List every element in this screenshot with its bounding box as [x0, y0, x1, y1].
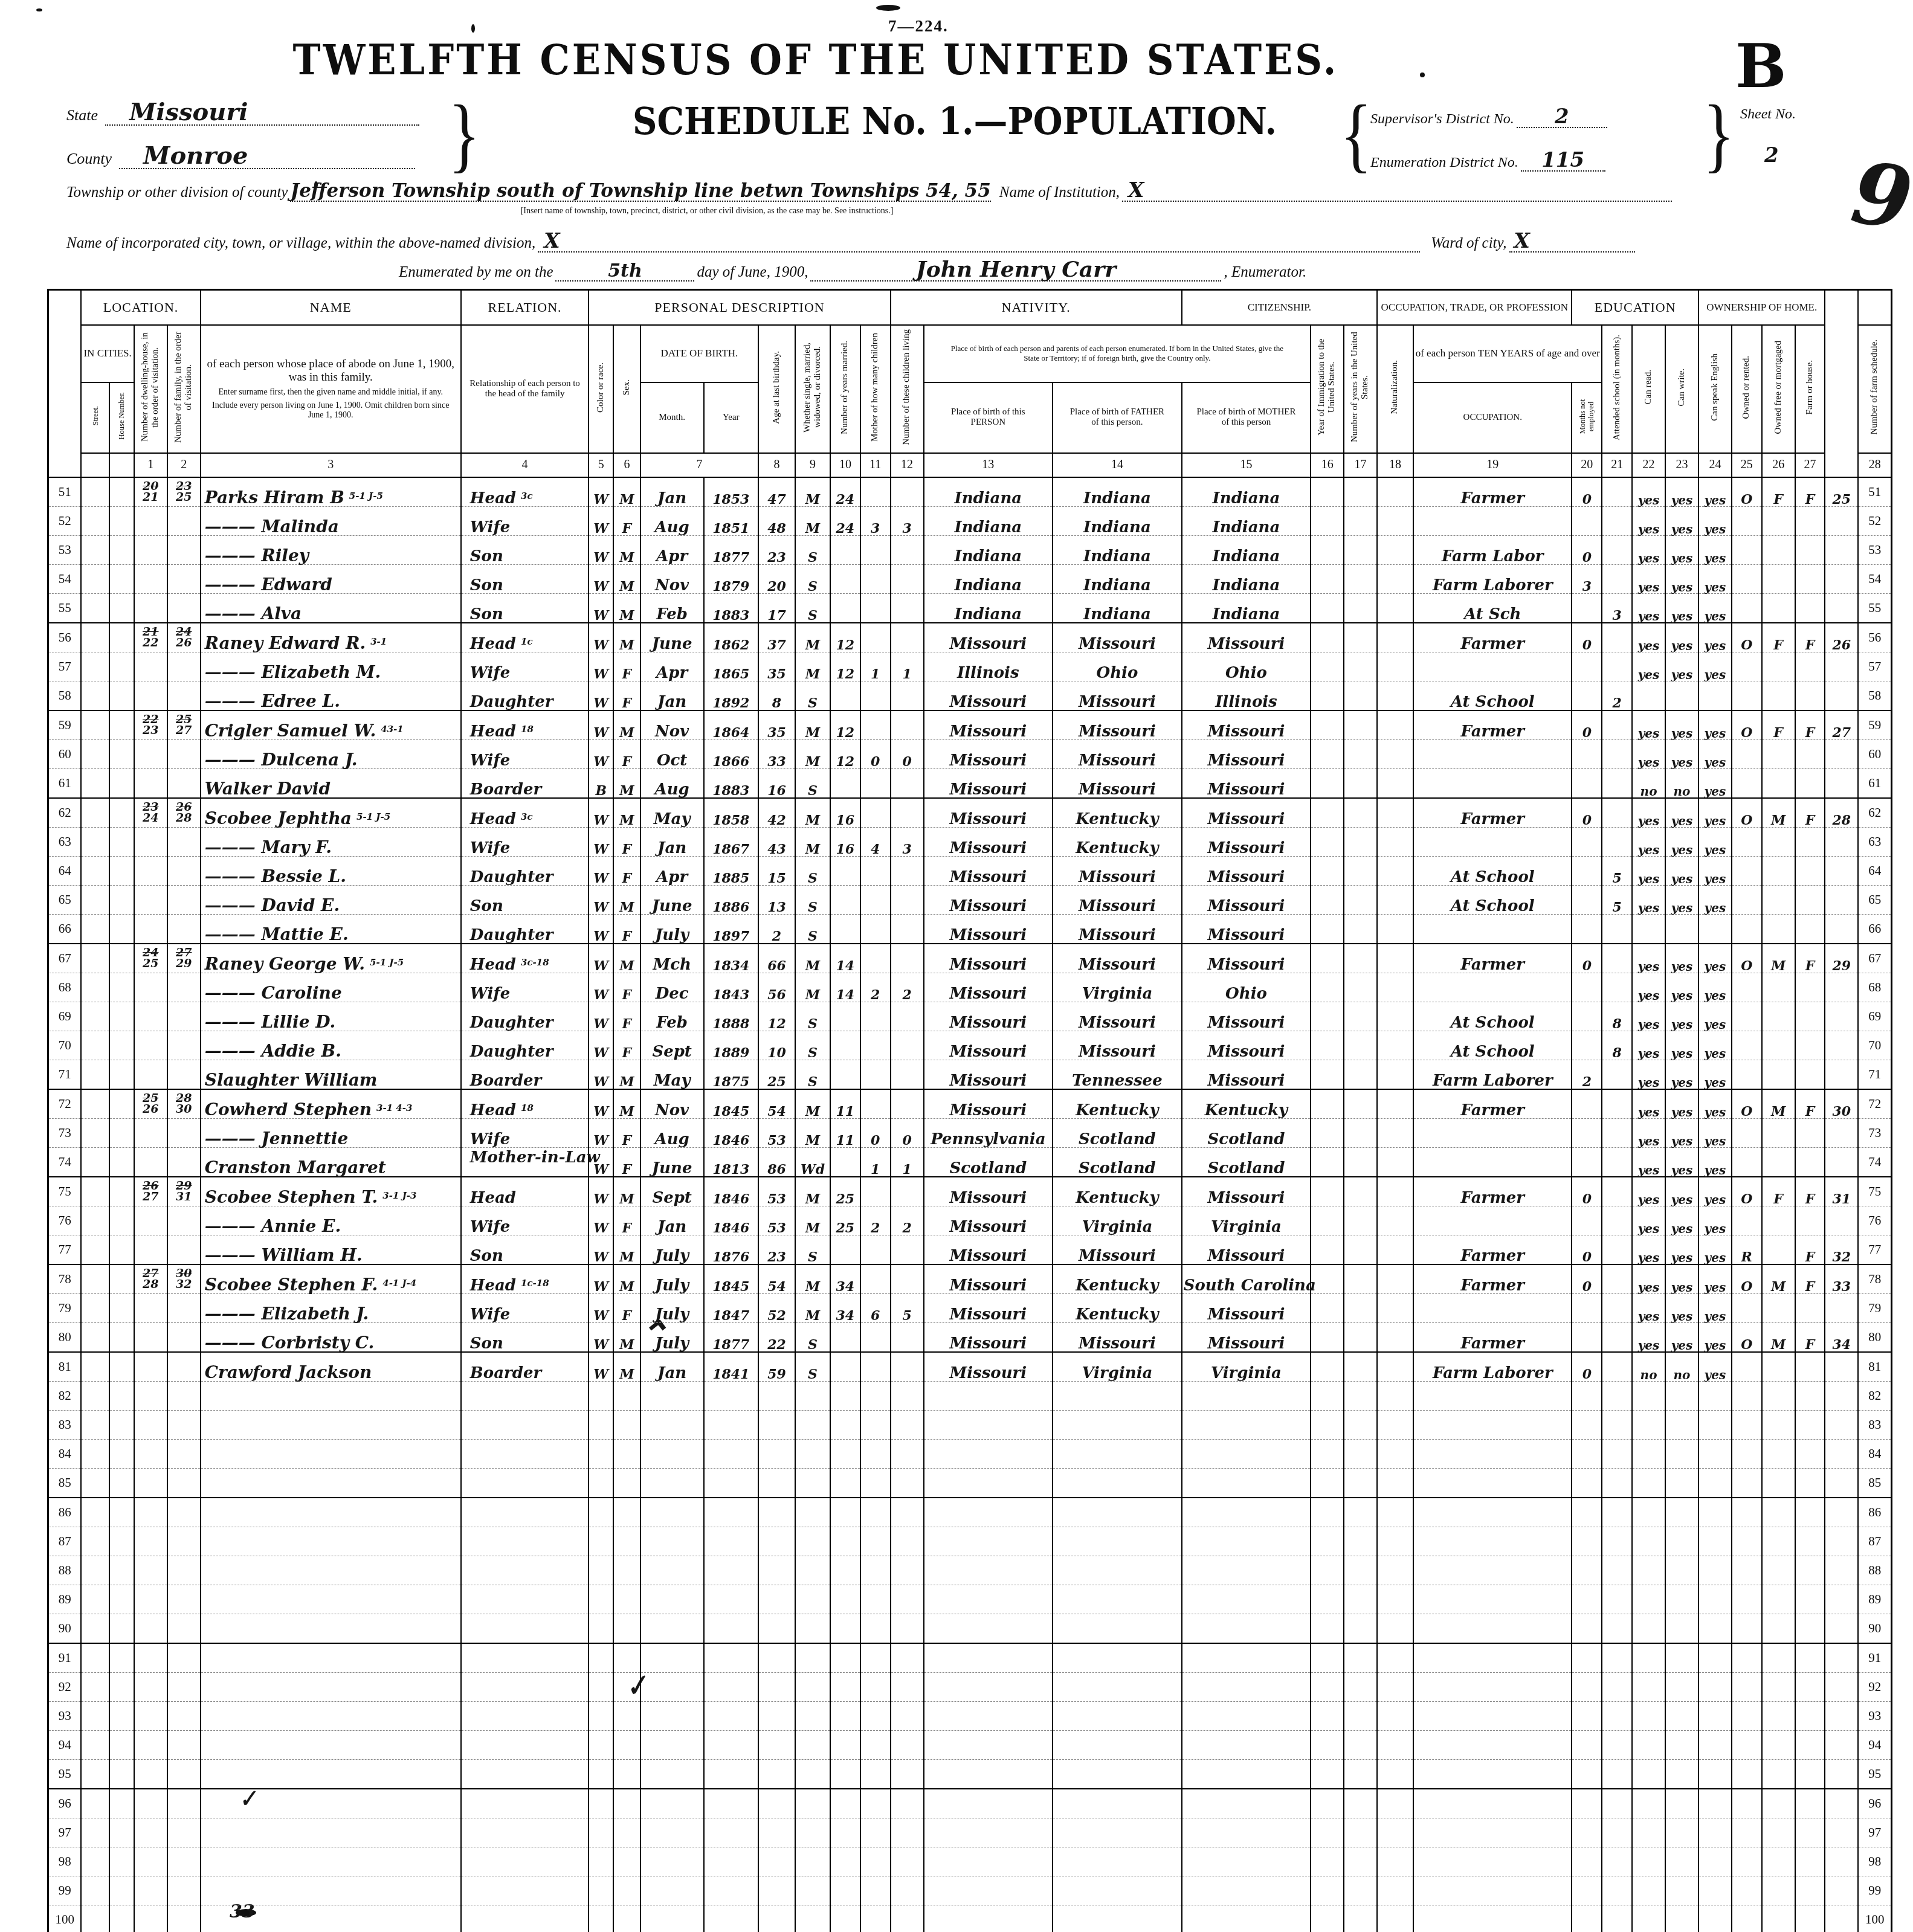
cell-attended-school — [1602, 1876, 1632, 1905]
table-row: 54 ——— Edward Son W M Nov 1879 — [48, 564, 1892, 593]
cell-house-number — [109, 1293, 134, 1322]
cell-age: 35 — [758, 710, 795, 740]
cell-pob-father — [1053, 1818, 1182, 1847]
cell-street — [81, 798, 109, 828]
line-number-left: 76 — [48, 1206, 82, 1235]
line-number-right: 83 — [1858, 1410, 1891, 1439]
cell-naturalization — [1377, 768, 1413, 798]
cell-birth-month — [640, 1759, 704, 1789]
cell-mother-of-children: 0 — [860, 739, 891, 768]
line-number-right: 63 — [1858, 827, 1891, 856]
line-number-right: 81 — [1858, 1352, 1891, 1382]
cell-sex: M — [613, 1352, 640, 1382]
cell-house-number — [109, 1759, 134, 1789]
table-row: 83 — [48, 1410, 1892, 1439]
cell-color-race — [589, 1847, 613, 1876]
line-number-right: 86 — [1858, 1498, 1891, 1527]
cell-birth-month — [640, 1614, 704, 1643]
table-row: 96 — [48, 1789, 1892, 1818]
cell-owned-free-mortgaged — [1762, 1147, 1795, 1177]
cell-years-in-us — [1344, 856, 1377, 885]
cell-months-not-employed — [1572, 1527, 1602, 1556]
cell-birth-year — [704, 1818, 759, 1847]
cell-farm-schedule — [1825, 856, 1858, 885]
cell-family-number — [167, 1527, 201, 1556]
cell-color-race: W — [589, 798, 613, 828]
cell-can-read — [1632, 1468, 1665, 1498]
cell-relation: Son — [461, 885, 589, 914]
line-number-left: 55 — [48, 593, 82, 623]
cell-owned-rented — [1732, 681, 1762, 710]
line-number-left: 73 — [48, 1118, 82, 1147]
township-line: Township or other division of county Jef… — [66, 180, 1855, 202]
cell-farm-schedule — [1825, 1730, 1858, 1759]
cell-name: Scobee Stephen T. 3-1 J-3 — [201, 1177, 461, 1206]
cell-months-not-employed: 0 — [1572, 944, 1602, 973]
cell-owned-free-mortgaged — [1762, 1614, 1795, 1643]
cell-farm-or-house: F — [1795, 1235, 1825, 1264]
header-colnum-3: 3 — [201, 453, 461, 477]
cell-owned-rented: O — [1732, 1264, 1762, 1294]
cell-owned-rented — [1732, 1439, 1762, 1468]
cell-can-read: yes — [1632, 1177, 1665, 1206]
table-row: 73 ——— Jennettie Wife W F Aug 1846 — [48, 1118, 1892, 1147]
cell-immigration-year — [1311, 535, 1344, 564]
cell-occupation: At School — [1413, 1031, 1572, 1060]
cell-marital-status: M — [795, 652, 830, 681]
cell-relation: Daughter — [461, 681, 589, 710]
cell-name: ——— Edward — [201, 564, 461, 593]
cell-naturalization — [1377, 1060, 1413, 1089]
cell-birth-month — [640, 1439, 704, 1468]
line-number-right: 85 — [1858, 1468, 1891, 1498]
line-number-left: 63 — [48, 827, 82, 856]
cell-owned-rented — [1732, 593, 1762, 623]
cell-mother-of-children — [860, 768, 891, 798]
cell-can-write — [1665, 1468, 1698, 1498]
cell-house-number — [109, 652, 134, 681]
cell-pob-person: Missouri — [924, 1089, 1053, 1119]
cell-pob-mother: Missouri — [1182, 1002, 1311, 1031]
cell-birth-year: 1877 — [704, 535, 759, 564]
cell-house-number — [109, 1352, 134, 1382]
header-pob-mother: Place of birth of MOTHER of this person — [1182, 382, 1311, 453]
header-personal-description: PERSONAL DESCRIPTION — [589, 290, 890, 325]
cell-can-write: yes — [1665, 1089, 1698, 1119]
cell-naturalization — [1377, 1177, 1413, 1206]
cell-can-speak-english: yes — [1698, 768, 1732, 798]
cell-can-read — [1632, 1527, 1665, 1556]
cell-pob-father — [1053, 1585, 1182, 1614]
cell-house-number — [109, 944, 134, 973]
cell-years-in-us — [1344, 1556, 1377, 1585]
cell-age: 37 — [758, 623, 795, 652]
cell-months-not-employed: 2 — [1572, 1060, 1602, 1089]
cell-can-speak-english: yes — [1698, 652, 1732, 681]
cell-mother-of-children — [860, 798, 891, 828]
cell-years-married — [830, 1002, 860, 1031]
cell-can-read: no — [1632, 1352, 1665, 1382]
cell-farm-or-house: F — [1795, 798, 1825, 828]
cell-years-married — [830, 1322, 860, 1352]
header-colnum-4: 4 — [461, 453, 589, 477]
cell-sex — [613, 1847, 640, 1876]
cell-years-in-us — [1344, 827, 1377, 856]
cell-attended-school — [1602, 973, 1632, 1002]
cell-mother-of-children — [860, 1060, 891, 1089]
cell-age: 66 — [758, 944, 795, 973]
line-number-right: 71 — [1858, 1060, 1891, 1089]
cell-years-married: 12 — [830, 710, 860, 740]
cell-years-married — [830, 1789, 860, 1818]
cell-attended-school — [1602, 1759, 1632, 1789]
line-number-right: 66 — [1858, 914, 1891, 944]
cell-birth-month — [640, 1818, 704, 1847]
cell-pob-person — [924, 1876, 1053, 1905]
line-number-right: 95 — [1858, 1759, 1891, 1789]
cell-mother-of-children — [860, 1730, 891, 1759]
cell-relation — [461, 1527, 589, 1556]
ink-speck — [471, 24, 475, 33]
line-number-left: 85 — [48, 1468, 82, 1498]
cell-pob-person — [924, 1556, 1053, 1585]
cell-can-speak-english: yes — [1698, 1089, 1732, 1119]
cell-can-speak-english: yes — [1698, 1147, 1732, 1177]
cell-pob-mother — [1182, 1789, 1311, 1818]
cell-marital-status — [795, 1381, 830, 1410]
cell-years-married: 16 — [830, 827, 860, 856]
cell-pob-father: Missouri — [1053, 856, 1182, 885]
cell-immigration-year — [1311, 739, 1344, 768]
cell-dwelling-number — [134, 506, 167, 535]
cell-can-speak-english: yes — [1698, 1322, 1732, 1352]
cell-occupation — [1413, 1527, 1572, 1556]
cell-dwelling-number: 24 25 — [134, 944, 167, 973]
cell-farm-or-house — [1795, 1905, 1825, 1932]
cell-pob-person: Missouri — [924, 944, 1053, 973]
cell-children-living — [891, 1031, 924, 1060]
cell-pob-father: Missouri — [1053, 1322, 1182, 1352]
cell-street — [81, 1352, 109, 1382]
cell-family-number — [167, 768, 201, 798]
cell-relation: Head — [461, 1177, 589, 1206]
line-number-left: 94 — [48, 1730, 82, 1759]
cell-name: ——— David E. — [201, 885, 461, 914]
cell-relation: Son — [461, 593, 589, 623]
cell-can-write: yes — [1665, 1293, 1698, 1322]
cell-house-number — [109, 1264, 134, 1294]
cell-dwelling-number — [134, 1206, 167, 1235]
cell-pob-father: Kentucky — [1053, 827, 1182, 856]
cell-marital-status: M — [795, 798, 830, 828]
cell-months-not-employed — [1572, 768, 1602, 798]
cell-occupation — [1413, 1118, 1572, 1147]
cell-months-not-employed — [1572, 1556, 1602, 1585]
cell-marital-status — [795, 1905, 830, 1932]
cell-pob-mother — [1182, 1643, 1311, 1673]
cell-pob-person: Missouri — [924, 914, 1053, 944]
cell-relation — [461, 1789, 589, 1818]
cell-marital-status: M — [795, 623, 830, 652]
cell-street — [81, 1410, 109, 1439]
cell-marital-status — [795, 1672, 830, 1701]
cell-pob-father: Virginia — [1053, 1352, 1182, 1382]
cell-age: 35 — [758, 652, 795, 681]
cell-street — [81, 623, 109, 652]
cell-marital-status — [795, 1614, 830, 1643]
cell-naturalization — [1377, 1759, 1413, 1789]
cell-mother-of-children — [860, 1759, 891, 1789]
cell-relation — [461, 1381, 589, 1410]
cell-occupation: Farm Labor — [1413, 535, 1572, 564]
cell-age: 23 — [758, 535, 795, 564]
cell-family-number — [167, 535, 201, 564]
cell-age: 53 — [758, 1118, 795, 1147]
cell-street — [81, 827, 109, 856]
cell-marital-status: S — [795, 768, 830, 798]
cell-years-married — [830, 1818, 860, 1847]
cell-immigration-year — [1311, 710, 1344, 740]
cell-months-not-employed — [1572, 1322, 1602, 1352]
cell-occupation: At Sch — [1413, 593, 1572, 623]
cell-street — [81, 1498, 109, 1527]
cell-name — [201, 1643, 461, 1673]
cell-street — [81, 1439, 109, 1468]
cell-sex: M — [613, 623, 640, 652]
cell-farm-schedule — [1825, 973, 1858, 1002]
cell-farm-or-house — [1795, 1147, 1825, 1177]
cell-birth-month: Oct — [640, 739, 704, 768]
cell-naturalization — [1377, 1701, 1413, 1730]
cell-owned-free-mortgaged — [1762, 1235, 1795, 1264]
cell-children-living — [891, 1410, 924, 1439]
cell-children-living — [891, 1498, 924, 1527]
cell-owned-free-mortgaged — [1762, 506, 1795, 535]
cell-birth-year: 1883 — [704, 768, 759, 798]
cell-immigration-year — [1311, 1002, 1344, 1031]
enumerated-day: 5th — [555, 262, 694, 282]
cell-pob-father: Kentucky — [1053, 1177, 1182, 1206]
cell-attended-school: 2 — [1602, 681, 1632, 710]
cell-sex: F — [613, 914, 640, 944]
cell-years-married — [830, 1614, 860, 1643]
cell-can-read — [1632, 1498, 1665, 1527]
cell-birth-year: 1846 — [704, 1177, 759, 1206]
cell-house-number — [109, 1206, 134, 1235]
cell-pob-father: Missouri — [1053, 739, 1182, 768]
header-location: LOCATION. — [81, 290, 200, 325]
cell-pob-mother: Kentucky — [1182, 1089, 1311, 1119]
cell-family-number — [167, 652, 201, 681]
cell-occupation — [1413, 1876, 1572, 1905]
supervisor-label: Supervisor's District No. — [1370, 111, 1514, 127]
cell-color-race: W — [589, 1118, 613, 1147]
cell-attended-school — [1602, 768, 1632, 798]
cell-can-write — [1665, 1585, 1698, 1614]
line-number-right: 69 — [1858, 1002, 1891, 1031]
cell-months-not-employed — [1572, 1147, 1602, 1177]
cell-relation: Boarder — [461, 1060, 589, 1089]
cell-naturalization — [1377, 1905, 1413, 1932]
cell-street — [81, 1905, 109, 1932]
cell-relation — [461, 1701, 589, 1730]
cell-birth-month: Aug — [640, 768, 704, 798]
cell-can-read: yes — [1632, 856, 1665, 885]
cell-owned-rented — [1732, 1118, 1762, 1147]
cell-farm-schedule — [1825, 1876, 1858, 1905]
cell-pob-father — [1053, 1381, 1182, 1410]
cell-birth-year: 1847 — [704, 1293, 759, 1322]
cell-naturalization — [1377, 564, 1413, 593]
cell-house-number — [109, 1556, 134, 1585]
table-row: 95 — [48, 1759, 1892, 1789]
cell-can-read: yes — [1632, 1060, 1665, 1089]
cell-farm-or-house — [1795, 856, 1825, 885]
cell-can-write: yes — [1665, 1206, 1698, 1235]
cell-birth-month — [640, 1789, 704, 1818]
cell-attended-school — [1602, 1527, 1632, 1556]
institution-value: X — [1122, 180, 1672, 202]
cell-can-read: yes — [1632, 827, 1665, 856]
cell-immigration-year — [1311, 944, 1344, 973]
cell-dwelling-number — [134, 564, 167, 593]
cell-family-number — [167, 1876, 201, 1905]
cell-farm-or-house — [1795, 1643, 1825, 1673]
cell-pob-person: Indiana — [924, 506, 1053, 535]
cell-marital-status: S — [795, 1060, 830, 1089]
cell-months-not-employed — [1572, 1818, 1602, 1847]
cell-immigration-year — [1311, 1439, 1344, 1468]
cell-relation: Son — [461, 535, 589, 564]
header-colnum-1: 1 — [134, 453, 167, 477]
cell-occupation — [1413, 827, 1572, 856]
cell-farm-or-house — [1795, 1614, 1825, 1643]
cell-birth-month: June — [640, 885, 704, 914]
cell-name: Crawford Jackson — [201, 1352, 461, 1382]
header-colnum-18: 18 — [1377, 453, 1413, 477]
cell-owned-free-mortgaged — [1762, 1643, 1795, 1673]
cell-months-not-employed — [1572, 652, 1602, 681]
line-number-right: 54 — [1858, 564, 1891, 593]
cell-house-number — [109, 623, 134, 652]
cell-years-in-us — [1344, 1701, 1377, 1730]
cell-street — [81, 739, 109, 768]
cell-occupation — [1413, 1556, 1572, 1585]
cell-farm-or-house — [1795, 1789, 1825, 1818]
cell-mother-of-children — [860, 856, 891, 885]
cell-owned-rented — [1732, 1614, 1762, 1643]
cell-attended-school — [1602, 506, 1632, 535]
cell-house-number — [109, 856, 134, 885]
cell-age: 22 — [758, 1322, 795, 1352]
cell-farm-schedule — [1825, 1585, 1858, 1614]
cell-family-number — [167, 1905, 201, 1932]
cell-can-write: yes — [1665, 1002, 1698, 1031]
cell-color-race: W — [589, 856, 613, 885]
line-number-right: 51 — [1858, 477, 1891, 507]
cell-birth-year — [704, 1847, 759, 1876]
cell-years-married: 34 — [830, 1293, 860, 1322]
cell-children-living — [891, 1381, 924, 1410]
cell-sex: F — [613, 973, 640, 1002]
cell-house-number — [109, 1439, 134, 1468]
sheet-value: 2 — [1764, 145, 1779, 166]
cell-color-race — [589, 1905, 613, 1932]
cell-birth-month — [640, 1556, 704, 1585]
cell-can-speak-english: yes — [1698, 798, 1732, 828]
cell-can-speak-english — [1698, 914, 1732, 944]
cell-owned-free-mortgaged — [1762, 1730, 1795, 1759]
cell-pob-father — [1053, 1410, 1182, 1439]
line-number-right: 57 — [1858, 652, 1891, 681]
cell-pob-mother: Missouri — [1182, 1293, 1311, 1322]
cell-owned-rented — [1732, 1410, 1762, 1439]
cell-farm-schedule — [1825, 652, 1858, 681]
cell-owned-rented — [1732, 914, 1762, 944]
cell-name — [201, 1789, 461, 1818]
cell-family-number — [167, 1147, 201, 1177]
cell-months-not-employed — [1572, 1759, 1602, 1789]
cell-can-write — [1665, 1701, 1698, 1730]
cell-street — [81, 1847, 109, 1876]
cell-name: ——— William H. — [201, 1235, 461, 1264]
line-number-right: 65 — [1858, 885, 1891, 914]
header-month: Month. — [640, 382, 704, 453]
cell-years-married — [830, 1060, 860, 1089]
cell-attended-school — [1602, 1352, 1632, 1382]
cell-dwelling-number — [134, 652, 167, 681]
cell-farm-or-house — [1795, 1527, 1825, 1556]
cell-color-race: W — [589, 885, 613, 914]
cell-immigration-year — [1311, 856, 1344, 885]
cell-years-in-us — [1344, 477, 1377, 507]
cell-can-read — [1632, 1643, 1665, 1673]
cell-years-in-us — [1344, 1352, 1377, 1382]
cell-immigration-year — [1311, 885, 1344, 914]
cell-pob-person — [924, 1789, 1053, 1818]
cell-can-speak-english — [1698, 681, 1732, 710]
cell-color-race: W — [589, 710, 613, 740]
cell-name: Cranston Margaret — [201, 1147, 461, 1177]
cell-marital-status: M — [795, 710, 830, 740]
cell-name — [201, 1556, 461, 1585]
cell-street — [81, 1002, 109, 1031]
cell-can-write — [1665, 1439, 1698, 1468]
cell-birth-year: 1883 — [704, 593, 759, 623]
cell-family-number — [167, 1468, 201, 1498]
cell-pob-father: Missouri — [1053, 623, 1182, 652]
cell-age: 33 — [758, 739, 795, 768]
cell-birth-month: July — [640, 914, 704, 944]
cell-mother-of-children — [860, 1264, 891, 1294]
cell-can-read: yes — [1632, 1293, 1665, 1322]
cell-naturalization — [1377, 1468, 1413, 1498]
cell-can-write: yes — [1665, 856, 1698, 885]
line-number-right: 99 — [1858, 1876, 1891, 1905]
cell-pob-father: Scotland — [1053, 1147, 1182, 1177]
cell-relation: Daughter — [461, 914, 589, 944]
cell-relation — [461, 1730, 589, 1759]
cell-color-race: W — [589, 1235, 613, 1264]
cell-mother-of-children — [860, 477, 891, 507]
cell-farm-schedule — [1825, 739, 1858, 768]
cell-can-write: no — [1665, 1352, 1698, 1382]
cell-can-write: yes — [1665, 1031, 1698, 1060]
cell-house-number — [109, 1089, 134, 1119]
cell-farm-schedule — [1825, 1381, 1858, 1410]
cell-can-speak-english — [1698, 1730, 1732, 1759]
cell-years-married — [830, 1527, 860, 1556]
